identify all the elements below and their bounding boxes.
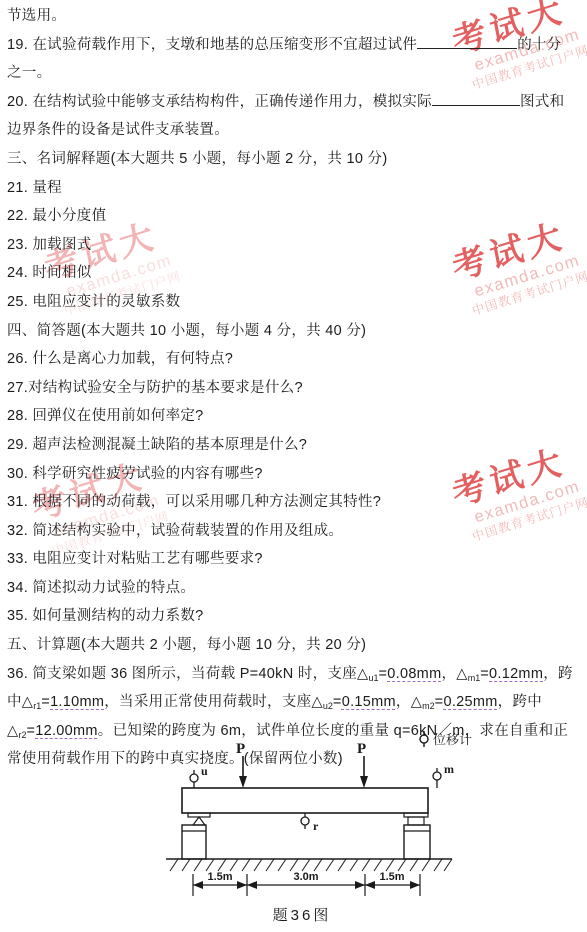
beam-figure: 位移计 P P u [0, 728, 587, 932]
left-support [182, 813, 210, 859]
question-27: 27.对结构试验安全与防护的基本要求是什么? [7, 374, 575, 403]
question-31: 31. 根据不同的动荷载，可以采用哪几种方法测定其特性? [7, 488, 575, 517]
exam-text-column: 节选用。 19. 在试验荷载作用下，支墩和地基的总压缩变形不宜超过试件的十分之一… [7, 2, 575, 774]
gauge-m-label: m [444, 762, 454, 776]
question-23: 23. 加载图式 [7, 231, 575, 260]
question-29: 29. 超声法检测混凝土缺陷的基本原理是什么? [7, 431, 575, 460]
q19-blank [417, 34, 517, 49]
q36-value: 1.10mm [50, 694, 104, 710]
right-support [404, 813, 430, 859]
gauge-u-label: u [201, 764, 208, 778]
question-35: 35. 如何量测结构的动力系数? [7, 602, 575, 631]
figure-caption: 题36图 [273, 907, 332, 924]
question-30: 30. 科学研究性疲劳试验的内容有哪些? [7, 460, 575, 489]
q20-text: 20. 在结构试验中能够支承结构构件，正确传递作用力，模拟实际 [7, 94, 432, 110]
q36-value: 0.25mm [443, 694, 497, 710]
gauge-m: m [433, 762, 454, 788]
intro-line: 节选用。 [7, 2, 575, 31]
gauge-u: u [190, 764, 208, 788]
q36-value: 0.08mm [387, 666, 441, 682]
q19-text: 19. 在试验荷载作用下，支墩和地基的总压缩变形不宜超过试件 [7, 37, 417, 53]
load-arrow-right: P [357, 741, 368, 788]
q36-subscript: u1 [368, 673, 378, 683]
section-5-heading: 五、计算题(本大题共 2 小题，每小题 10 分，共 20 分) [7, 631, 575, 660]
legend-displacement-gauge: 位移计 [420, 731, 472, 747]
question-34: 34. 简述拟动力试验的特点。 [7, 574, 575, 603]
beam-body [182, 788, 428, 813]
load-label-p: P [357, 741, 366, 757]
gauge-r: r [301, 813, 319, 833]
q36-subscript: m2 [422, 701, 435, 711]
beam-figure-container: 位移计 P P u [0, 728, 587, 932]
q36-eq: = [333, 694, 342, 710]
q36-value: 0.15mm [342, 694, 396, 710]
question-28: 28. 回弹仪在使用前如何率定? [7, 402, 575, 431]
question-33: 33. 电阻应变计对粘贴工艺有哪些要求? [7, 545, 575, 574]
q36-subscript: m1 [468, 673, 481, 683]
load-label-p: P [236, 741, 245, 757]
question-24: 24. 时间相似 [7, 259, 575, 288]
gauge-r-label: r [313, 819, 319, 833]
q36-eq: = [41, 694, 50, 710]
dim-right-label: 1.5m [379, 871, 404, 883]
question-21: 21. 量程 [7, 174, 575, 203]
q36-text: ，△ [396, 694, 422, 710]
q36-eq: = [480, 666, 489, 682]
dim-mid-label: 3.0m [293, 871, 318, 883]
q36-value: 0.12mm [489, 666, 543, 682]
question-26: 26. 什么是离心力加载，有何特点? [7, 345, 575, 374]
ground-line [166, 859, 452, 871]
q36-text: 36. 简支梁如题 36 图所示，当荷载 P=40kN 时，支座△ [7, 666, 368, 682]
section-4-heading: 四、简答题(本大题共 10 小题，每小题 4 分，共 40 分) [7, 317, 575, 346]
q36-eq: = [378, 666, 387, 682]
q36-subscript: u2 [323, 701, 333, 711]
question-19: 19. 在试验荷载作用下，支墩和地基的总压缩变形不宜超过试件的十分之一。 [7, 31, 575, 88]
q20-blank [432, 91, 520, 106]
question-25: 25. 电阻应变计的灵敏系数 [7, 288, 575, 317]
legend-label: 位移计 [433, 732, 472, 747]
dim-left-label: 1.5m [207, 871, 232, 883]
question-32: 32. 简述结构实验中，试验荷载装置的作用及组成。 [7, 517, 575, 546]
section-3-heading: 三、名词解释题(本大题共 5 小题，每小题 2 分，共 10 分) [7, 145, 575, 174]
load-arrow-left: P [236, 741, 247, 788]
exam-paper-page: 考试大 examda.com 中国教育考试门户网 考试大 examda.com … [0, 0, 587, 932]
dimension-lines: 1.5m 3.0m 1.5m [193, 871, 420, 896]
q36-text: ，△ [441, 666, 467, 682]
question-20: 20. 在结构试验中能够支承结构构件，正确传递作用力，模拟实际图式和边界条件的设… [7, 88, 575, 145]
q36-text: ，当采用正常使用荷载时，支座△ [104, 694, 323, 710]
question-22: 22. 最小分度值 [7, 202, 575, 231]
